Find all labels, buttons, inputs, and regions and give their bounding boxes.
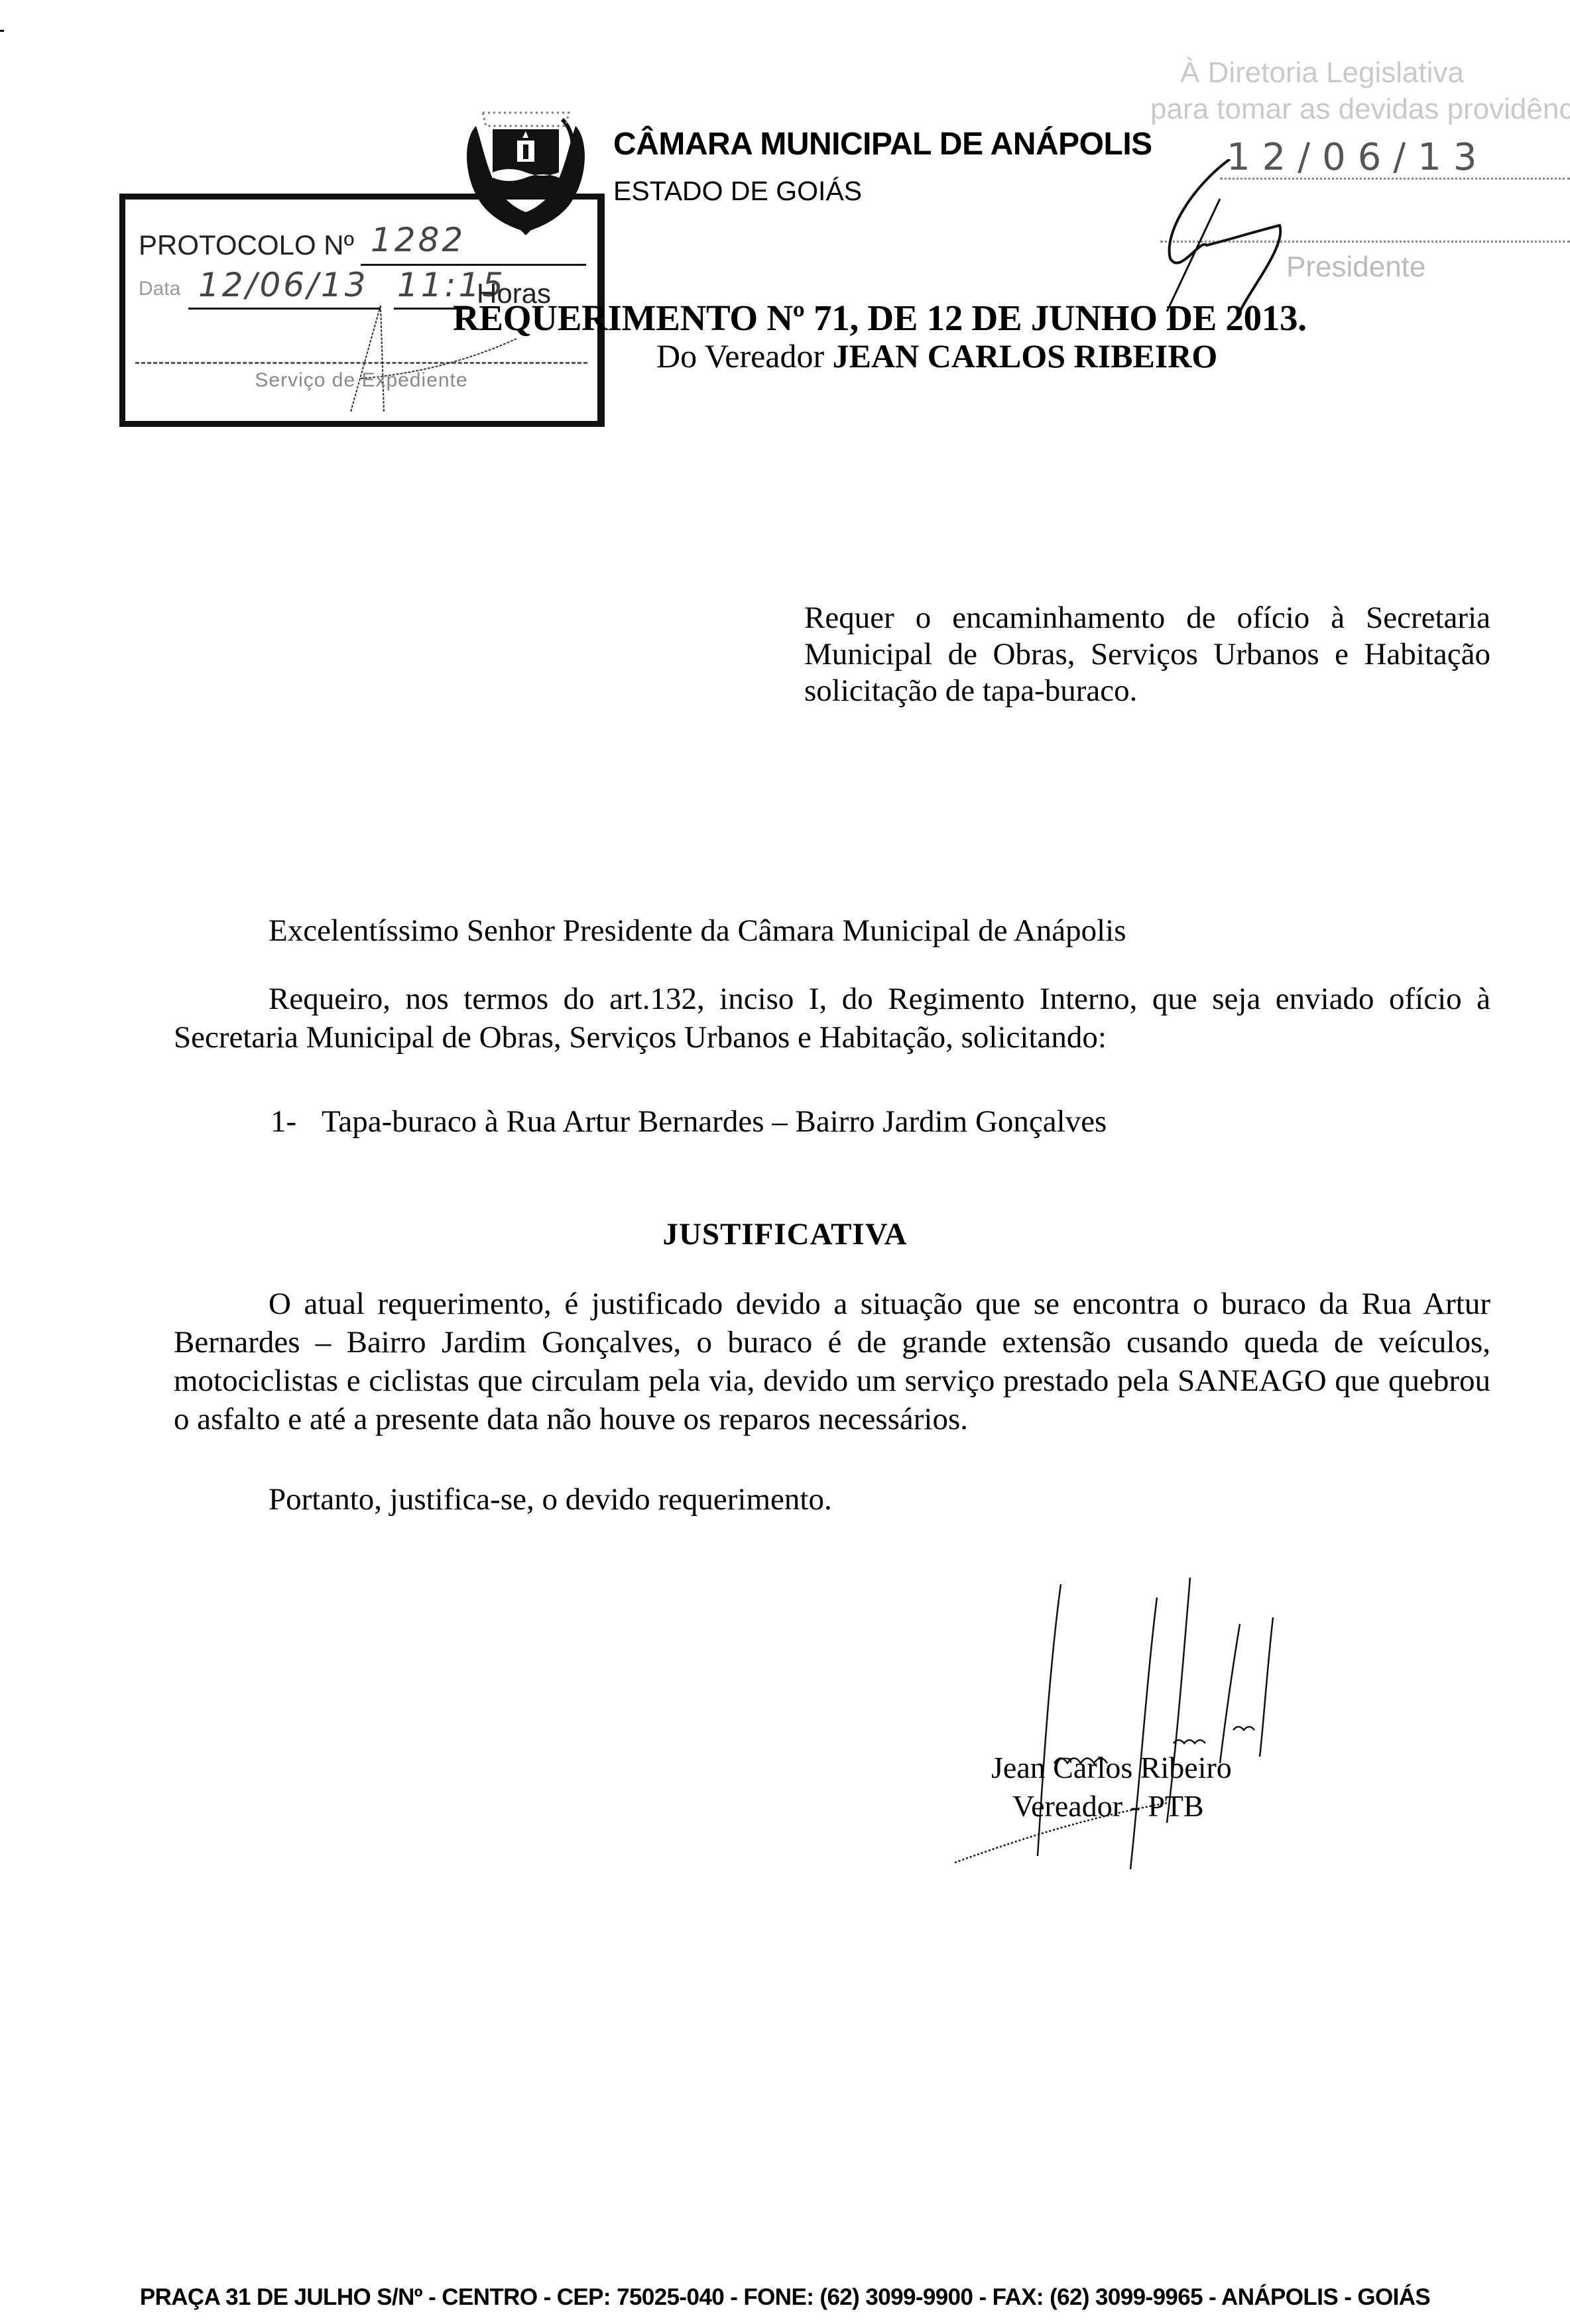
protocol-number: 1282 (371, 221, 465, 259)
author-name: JEAN CARLOS RIBEIRO (833, 337, 1218, 375)
signatory-role: Vereador - PTB (1012, 1788, 1204, 1824)
justification-paragraph: O atual requerimento, é justificado devi… (174, 1285, 1490, 1438)
organization-state: ESTADO DE GOIÁS (613, 176, 862, 207)
salutation: Excelentíssimo Senhor Presidente da Câma… (174, 911, 1490, 950)
service-label: Serviço de Expediente (125, 369, 597, 392)
list-item-number: 1- (271, 1104, 322, 1139)
dispatch-line-2: para tomar as devidas providências (1150, 93, 1570, 126)
footer-address: PRAÇA 31 DE JULHO S/Nº - CENTRO - CEP: 7… (0, 2284, 1570, 2311)
dispatch-line-1: À Diretoria Legislativa (1180, 56, 1464, 89)
request-paragraph: Requeiro, nos termos do art.132, inciso … (174, 980, 1490, 1057)
author-prefix: Do Vereador (656, 337, 824, 375)
organization-name: CÂMARA MUNICIPAL DE ANÁPOLIS (613, 126, 1152, 162)
justification-title: JUSTIFICATIVA (0, 1216, 1570, 1252)
closing-line: Portanto, justifica-se, o devido requeri… (174, 1480, 1490, 1519)
signatory-name: Jean Carlos Ribeiro (991, 1750, 1232, 1785)
list-item-text: Tapa-buraco à Rua Artur Bernardes – Bair… (322, 1104, 1107, 1139)
protocol-label: PROTOCOLO Nº (139, 229, 354, 261)
president-signature (1154, 159, 1313, 312)
document-author: Do Vereador JEAN CARLOS RIBEIRO (656, 337, 1217, 375)
date-label: Data (139, 278, 180, 300)
list-item: 1-Tapa-buraco à Rua Artur Bernardes – Ba… (271, 1104, 1107, 1139)
scan-margin-mark (0, 30, 4, 32)
document-summary: Requer o encaminhamento de ofício à Secr… (804, 600, 1490, 709)
councilor-signature (928, 1578, 1459, 1869)
